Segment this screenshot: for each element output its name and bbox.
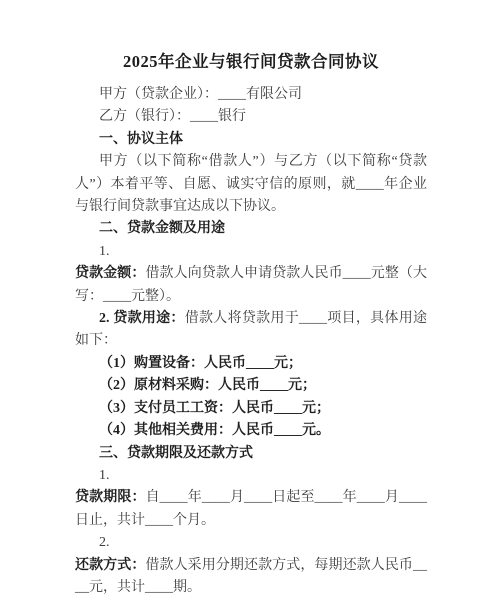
field-label: （4）其他相关费用：人民币____元。 [99, 423, 330, 438]
paragraph: （2）原材料采购：人民币____元； [75, 375, 427, 397]
field-label: 2. 贷款用途： [99, 311, 185, 326]
paragraph: 1. [75, 241, 427, 263]
paragraph: 甲方（以下简称“借款人”）与乙方（以下简称“贷款人”）本着平等、自愿、诚实守信的… [75, 151, 427, 218]
paragraph: （4）其他相关费用：人民币____元。 [75, 420, 427, 442]
field-label: 三、贷款期限及还款方式 [99, 446, 253, 461]
document-body: 甲方（贷款企业）：____有限公司乙方（银行）：____银行一、协议主体甲方（以… [75, 84, 427, 597]
section-heading: 三、贷款期限及还款方式 [75, 443, 427, 465]
text-run: 1. [99, 244, 110, 259]
section-heading: 二、贷款金额及用途 [75, 218, 427, 240]
paragraph: 2. 贷款用途：借款人将贷款用于____项目，具体用途如下： [75, 308, 427, 353]
field-label: 还款方式： [75, 558, 145, 573]
paragraph: 乙方（银行）：____银行 [75, 106, 427, 128]
paragraph: 贷款期限：自____年____月____日起至____年____月____日止，… [75, 487, 427, 532]
field-label: 贷款期限： [75, 490, 146, 505]
paragraph: （3）支付员工工资：人民币____元； [75, 398, 427, 420]
paragraph: 1. [75, 465, 427, 487]
paragraph: 贷款金额：借款人向贷款人申请贷款人民币____元整（大写：____元整）。 [75, 263, 427, 308]
text-run: 1. [99, 468, 110, 483]
document-page: 2025年企业与银行间贷款合同协议 甲方（贷款企业）：____有限公司乙方（银行… [0, 0, 500, 597]
paragraph: （1）购置设备：人民币____元； [75, 353, 427, 375]
field-label: （3）支付员工工资：人民币____元； [99, 401, 330, 416]
paragraph: 2. [75, 532, 427, 554]
field-label: （1）购置设备：人民币____元； [99, 356, 302, 371]
section-heading: 一、协议主体 [75, 129, 427, 151]
document-title: 2025年企业与银行间贷款合同协议 [75, 48, 427, 75]
text-run: 甲方（贷款企业）：____有限公司 [99, 87, 302, 102]
paragraph: 还款方式：借款人采用分期还款方式，每期还款人民币____元，共计____期。 [75, 555, 427, 597]
text-run: 甲方（以下简称“借款人”）与乙方（以下简称“贷款人”）本着平等、自愿、诚实守信的… [75, 154, 427, 214]
field-label: 二、贷款金额及用途 [99, 221, 225, 236]
field-label: 贷款金额： [75, 266, 145, 281]
paragraph: 甲方（贷款企业）：____有限公司 [75, 84, 427, 106]
text-run: 2. [99, 535, 110, 550]
field-label: （2）原材料采购：人民币____元； [99, 378, 316, 393]
text-run: 乙方（银行）：____银行 [99, 109, 246, 124]
field-label: 一、协议主体 [99, 132, 183, 147]
